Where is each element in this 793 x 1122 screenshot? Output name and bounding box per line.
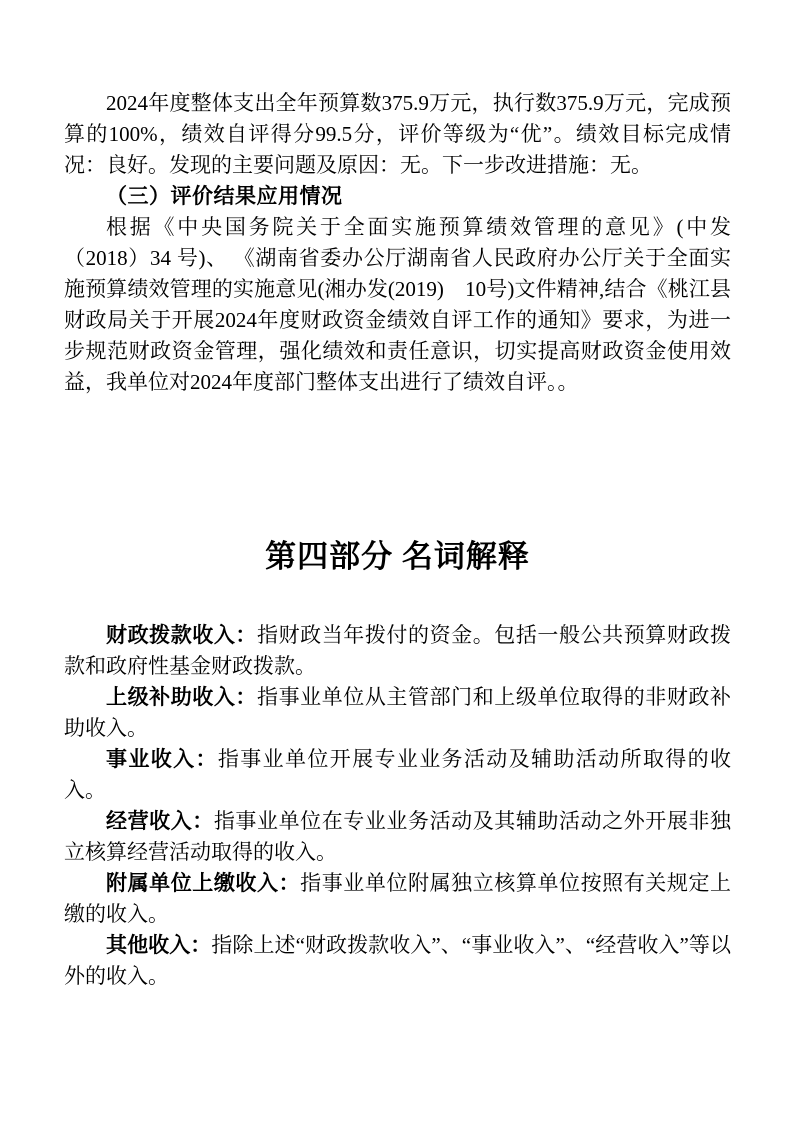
evaluation-application-paragraph: 根据《中央国务院关于全面实施预算绩效管理的意见》(中发（2018）34 号)、 … <box>64 212 731 398</box>
definition-fiscal-appropriation-income: 财政拨款收入：指财政当年拨付的资金。包括一般公共预算财政拨款和政府性基金财政拨款… <box>64 620 731 682</box>
definition-operating-income: 经营收入：指事业单位在专业业务活动及其辅助活动之外开展非独立核算经营活动取得的收… <box>64 806 731 868</box>
definition-term: 其他收入： <box>106 933 211 957</box>
part-four-title: 第四部分 名词解释 <box>64 534 731 580</box>
definition-business-income: 事业收入：指事业单位开展专业业务活动及辅助活动所取得的收入。 <box>64 744 731 806</box>
definition-term: 附属单位上缴收入： <box>106 871 300 895</box>
document-page: 2024年度整体支出全年预算数375.9万元，执行数375.9万元，完成预算的1… <box>0 0 793 1122</box>
definition-term: 事业收入： <box>106 747 218 771</box>
definition-affiliated-unit-remitted-income: 附属单位上缴收入：指事业单位附属独立核算单位按照有关规定上缴的收入。 <box>64 868 731 930</box>
definition-term: 财政拨款收入： <box>106 623 257 647</box>
evaluation-result-application-heading: （三）评价结果应用情况 <box>64 181 731 212</box>
definition-other-income: 其他收入：指除上述“财政拨款收入”、“事业收入”、“经营收入”等以外的收入。 <box>64 930 731 992</box>
definition-superior-subsidy-income: 上级补助收入：指事业单位从主管部门和上级单位取得的非财政补助收入。 <box>64 682 731 744</box>
definition-term: 经营收入： <box>106 809 214 833</box>
definitions-section: 财政拨款收入：指财政当年拨付的资金。包括一般公共预算财政拨款和政府性基金财政拨款… <box>64 620 731 992</box>
definition-term: 上级补助收入： <box>106 685 257 709</box>
evaluation-summary-paragraph: 2024年度整体支出全年预算数375.9万元，执行数375.9万元，完成预算的1… <box>64 88 731 181</box>
